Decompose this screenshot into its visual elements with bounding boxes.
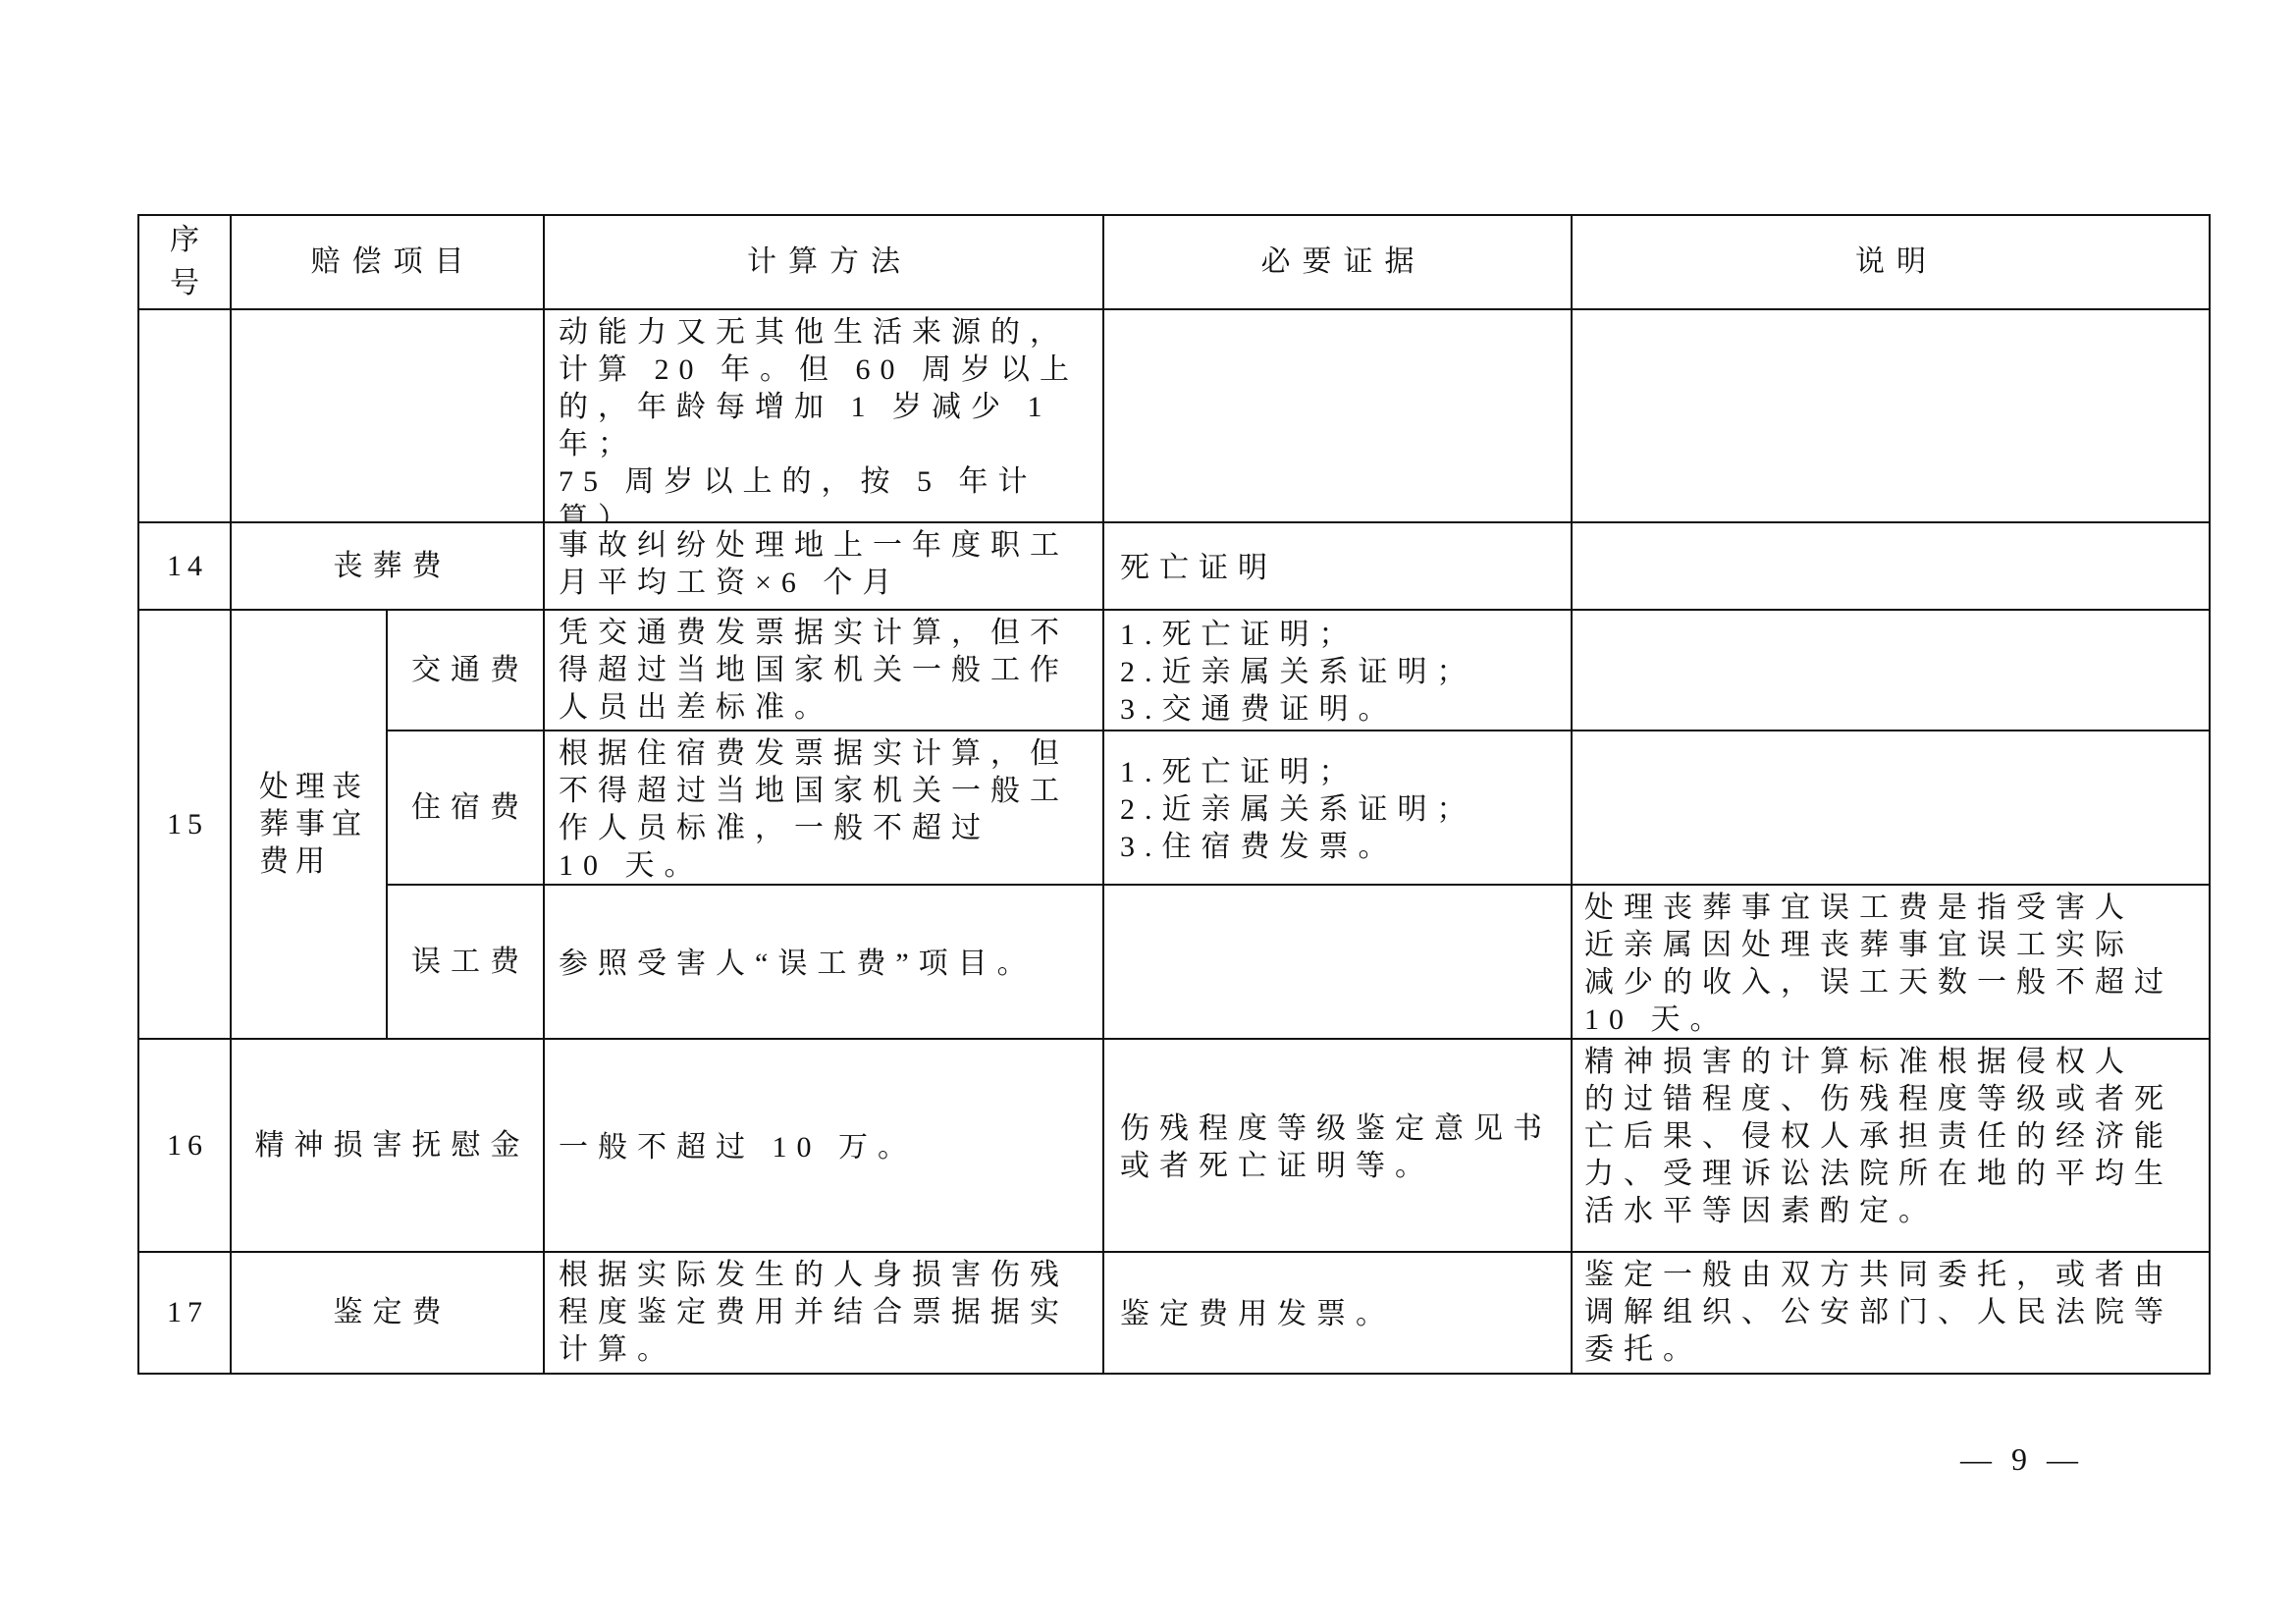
header-evidence-label: 必要证据 <box>1261 241 1426 284</box>
header-note-label: 说明 <box>1855 241 1938 284</box>
header-method: 计算方法 <box>545 216 1104 310</box>
row15-lostwork-label: 误工费 <box>388 886 545 1040</box>
row15-item: 处理丧 葬事宜 费用 <box>232 611 388 1040</box>
row15-lodging-evidence: 1.死亡证明； 2.近亲属关系证明； 3.住宿费发票。 <box>1104 731 1573 886</box>
header-no: 序 号 <box>139 216 232 310</box>
row15-lodging-method: 根据住宿费发票据实计算，但 不得超过当地国家机关一般工 作人员标准，一般不超过 … <box>545 731 1104 886</box>
row15-no: 15 <box>139 611 232 1040</box>
row14-method: 事故纠纷处理地上一年度职工 月平均工资×6 个月 <box>545 523 1104 611</box>
row15-lodging-label-text: 住宿费 <box>411 789 529 827</box>
row15-transport-label: 交通费 <box>388 611 545 731</box>
row16-note: 精神损害的计算标准根据侵权人 的过错程度、伤残程度等级或者死 亡后果、侵权人承担… <box>1573 1040 2211 1253</box>
header-item: 赔偿项目 <box>232 216 545 310</box>
row17-method: 根据实际发生的人身损害伤残 程度鉴定费用并结合票据据实 计算。 <box>545 1253 1104 1375</box>
header-evidence: 必要证据 <box>1104 216 1573 310</box>
compensation-table: 序 号 赔偿项目 计算方法 必要证据 说明 动能力又无其他生活来源的， 计算 2… <box>137 214 2211 1375</box>
row17-no-value: 17 <box>167 1294 208 1331</box>
row15-transport-method: 凭交通费发票据实计算，但不 得超过当地国家机关一般工作 人员出差标准。 <box>545 611 1104 731</box>
row15-lodging-note-empty <box>1573 731 2211 886</box>
row15-transport-label-text: 交通费 <box>411 652 529 689</box>
page-number: — 9 — <box>1904 1441 2140 1478</box>
header-no-label: 序 号 <box>170 219 211 305</box>
cont-method: 动能力又无其他生活来源的， 计算 20 年。但 60 周岁以上 的，年龄每增加 … <box>545 310 1104 523</box>
row17-no: 17 <box>139 1253 232 1375</box>
row15-item-label: 处理丧 葬事宜 费用 <box>259 769 368 881</box>
row15-transport-evidence: 1.死亡证明； 2.近亲属关系证明； 3.交通费证明。 <box>1104 611 1573 731</box>
row15-lostwork-note: 处理丧葬事宜误工费是指受害人 近亲属因处理丧葬事宜误工实际 减少的收入，误工天数… <box>1573 886 2211 1040</box>
header-note: 说明 <box>1573 216 2211 310</box>
row16-evidence: 伤残程度等级鉴定意见书 或者死亡证明等。 <box>1104 1040 1573 1253</box>
row15-lostwork-label-text: 误工费 <box>411 944 529 981</box>
row15-no-value: 15 <box>167 806 208 843</box>
row17-evidence: 鉴定费用发票。 <box>1104 1253 1573 1375</box>
row14-no: 14 <box>139 523 232 611</box>
row17-item-label: 鉴定费 <box>334 1294 452 1331</box>
row16-item: 精神损害抚慰金 <box>232 1040 545 1253</box>
cont-note-empty <box>1573 310 2211 523</box>
row15-lostwork-method: 参照受害人“误工费”项目。 <box>545 886 1104 1040</box>
row17-item: 鉴定费 <box>232 1253 545 1375</box>
cont-evidence-empty <box>1104 310 1573 523</box>
row14-item-label: 丧葬费 <box>334 548 452 585</box>
cont-no-empty <box>139 310 232 523</box>
row16-no: 16 <box>139 1040 232 1253</box>
row15-transport-note-empty <box>1573 611 2211 731</box>
row17-note: 鉴定一般由双方共同委托，或者由 调解组织、公安部门、人民法院等 委托。 <box>1573 1253 2211 1375</box>
cont-item-empty <box>232 310 545 523</box>
row14-item: 丧葬费 <box>232 523 545 611</box>
row16-no-value: 16 <box>167 1127 208 1164</box>
row15-lostwork-evidence-empty <box>1104 886 1573 1040</box>
row14-no-value: 14 <box>167 548 208 585</box>
row15-lodging-label: 住宿费 <box>388 731 545 886</box>
header-item-label: 赔偿项目 <box>311 241 476 284</box>
row16-method: 一般不超过 10 万。 <box>545 1040 1104 1253</box>
row14-evidence: 死亡证明 <box>1104 523 1573 611</box>
row14-note-empty <box>1573 523 2211 611</box>
row16-item-label: 精神损害抚慰金 <box>255 1127 530 1164</box>
header-method-label: 计算方法 <box>747 241 912 284</box>
